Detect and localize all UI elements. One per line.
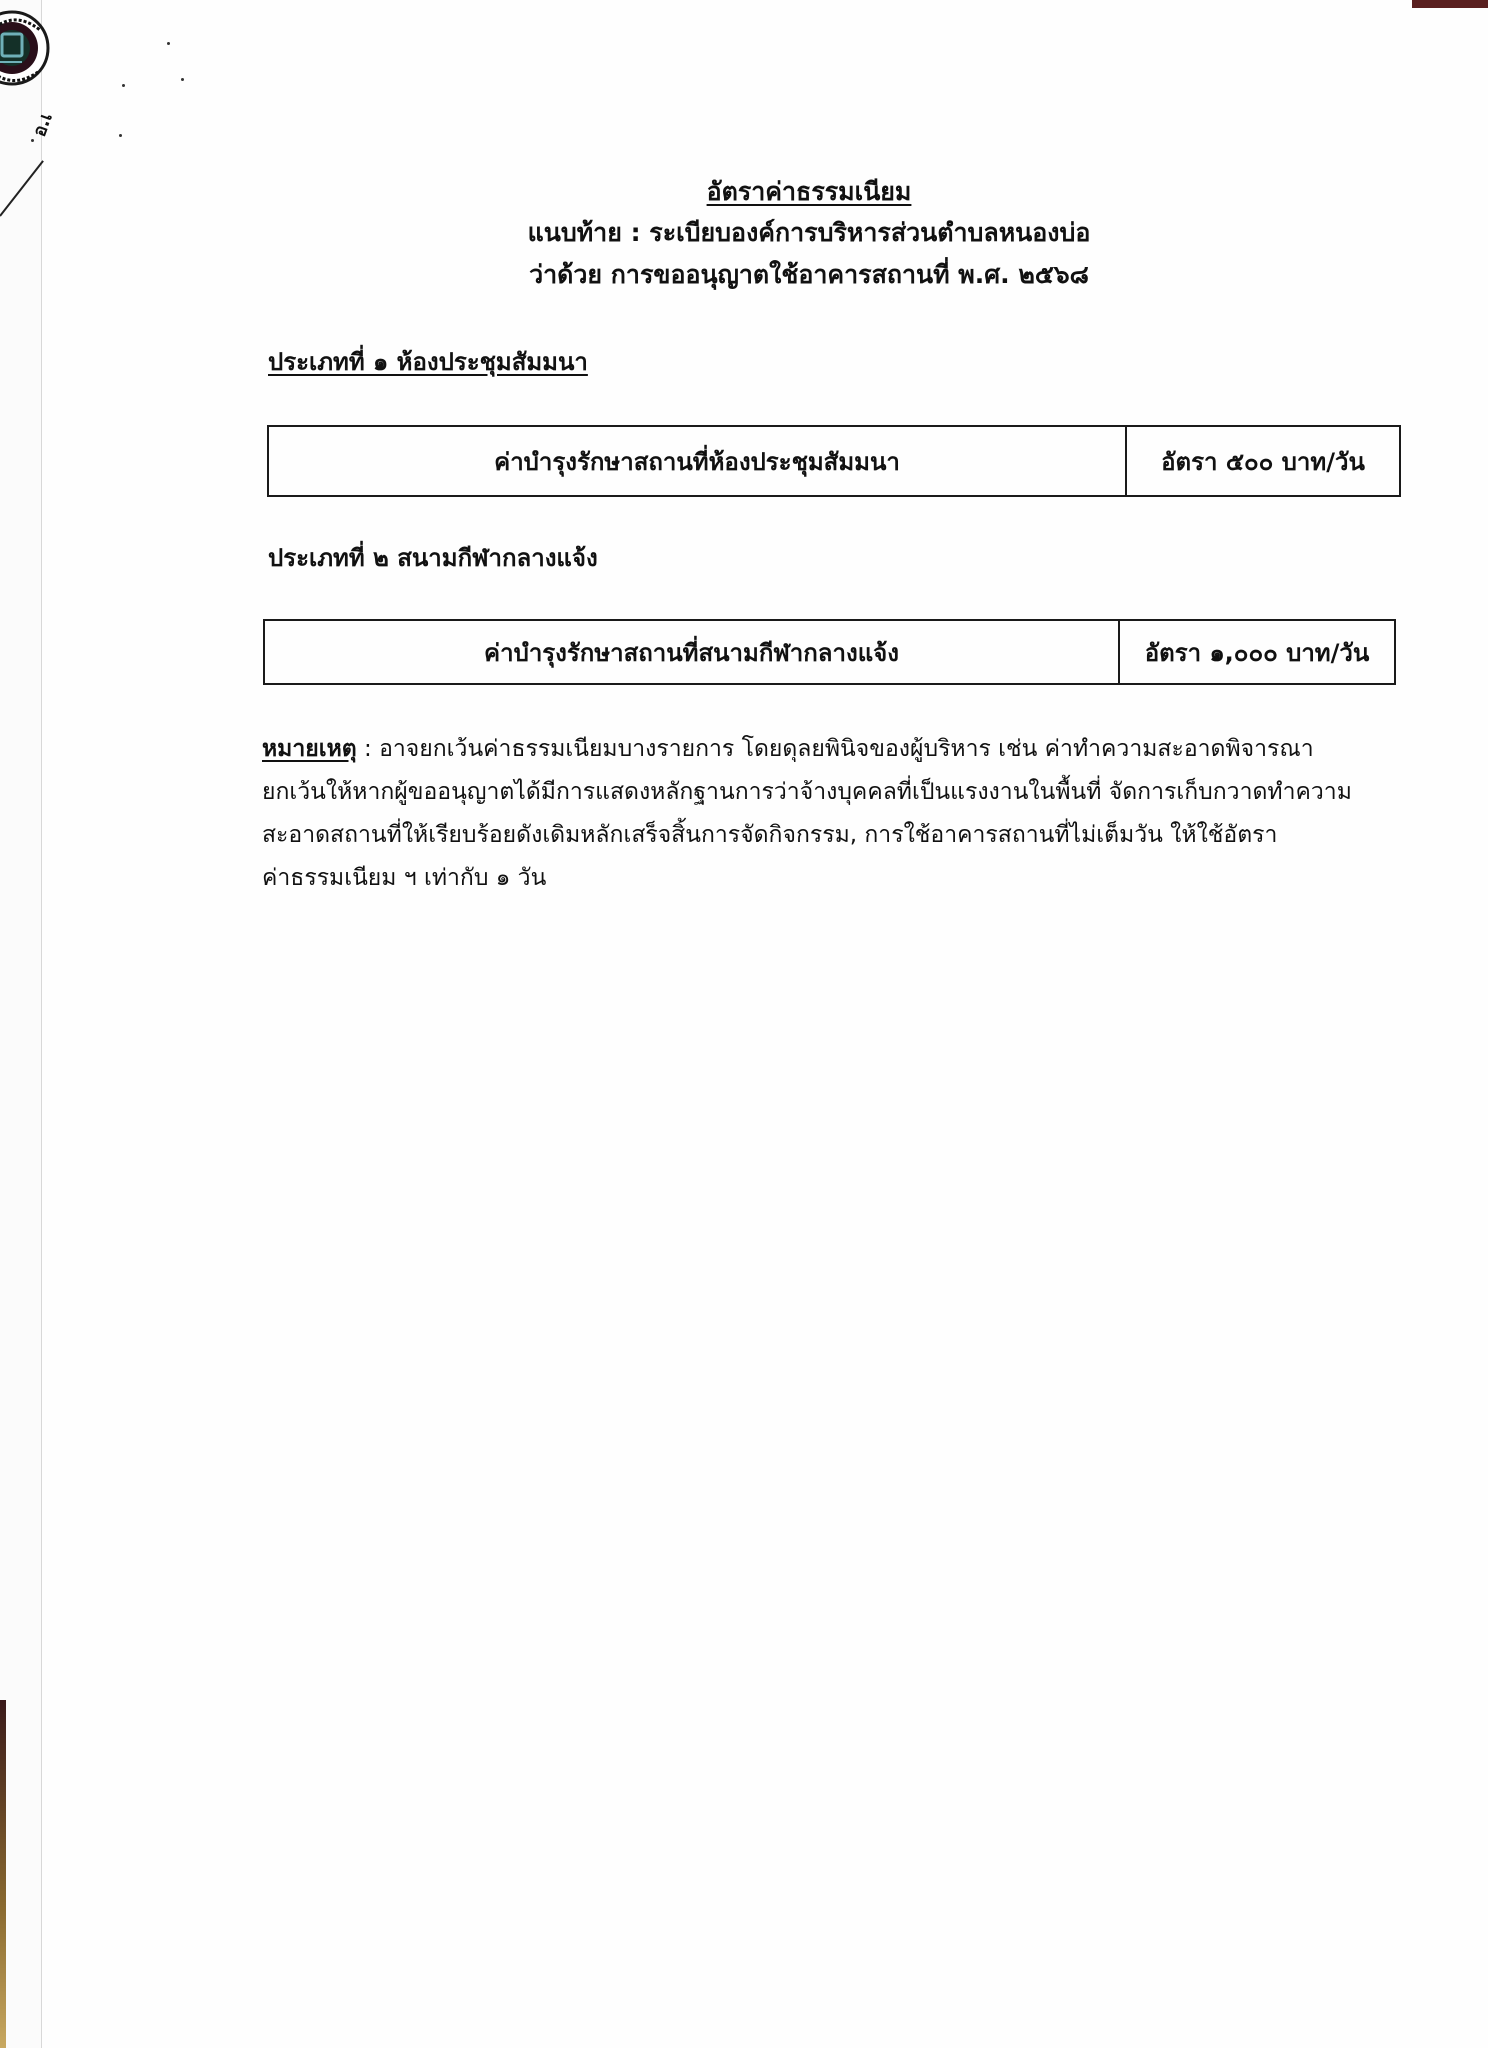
fee-table-outdoor-stadium: ค่าบำรุงรักษาสถานที่สนามกีฬากลางแจ้ง อัต… xyxy=(263,619,1396,685)
scan-speck xyxy=(119,134,122,137)
note-line-1: หมายเหตุ : อาจยกเว้นค่าธรรมเนียมบางรายกา… xyxy=(262,728,1382,771)
note-line-2: ยกเว้นให้หากผู้ขออนุญาตได้มีการแสดงหลักฐ… xyxy=(262,771,1382,814)
fee-description: ค่าบำรุงรักษาสถานที่สนามกีฬากลางแจ้ง xyxy=(265,621,1120,683)
scan-speck xyxy=(167,42,170,45)
scan-speck xyxy=(122,84,125,87)
scan-edge-artifact xyxy=(0,1700,6,2048)
scan-speck xyxy=(31,139,34,142)
note-line-3: สะอาดสถานที่ให้เรียบร้อยดังเดิมหลักเสร็จ… xyxy=(262,814,1382,857)
official-seal-icon xyxy=(0,4,58,100)
scan-left-margin xyxy=(0,0,42,2048)
title-block: อัตราค่าธรรมเนียม แนบท้าย : ระเบียบองค์ก… xyxy=(0,172,1488,296)
fee-rate: อัตรา ๑,๐๐๐ บาท/วัน xyxy=(1120,621,1394,683)
note-line-4: ค่าธรรมเนียม ฯ เท่ากับ ๑ วัน xyxy=(262,857,1382,900)
document-title: อัตราค่าธรรมเนียม xyxy=(707,172,912,212)
document-page xyxy=(42,0,1488,2048)
section-2-heading: ประเภทที่ ๒ สนามกีฬากลางแจ้ง xyxy=(268,540,598,576)
section-1-heading: ประเภทที่ ๑ ห้องประชุมสัมมนา xyxy=(268,344,588,380)
scan-edge-artifact-top xyxy=(1412,0,1488,8)
document-subtitle-line2: ว่าด้วย การขออนุญาตใช้อาคารสถานที่ พ.ศ. … xyxy=(130,254,1488,296)
document-subtitle-line1: แนบท้าย : ระเบียบองค์การบริหารส่วนตำบลหน… xyxy=(130,212,1488,254)
note-paragraph: หมายเหตุ : อาจยกเว้นค่าธรรมเนียมบางรายกา… xyxy=(262,728,1382,900)
fee-table-meeting-room: ค่าบำรุงรักษาสถานที่ห้องประชุมสัมมนา อัต… xyxy=(267,425,1401,497)
fee-rate: อัตรา ๕๐๐ บาท/วัน xyxy=(1127,427,1399,495)
scan-speck xyxy=(181,78,184,81)
fee-description: ค่าบำรุงรักษาสถานที่ห้องประชุมสัมมนา xyxy=(269,427,1127,495)
note-label: หมายเหตุ xyxy=(262,736,357,762)
